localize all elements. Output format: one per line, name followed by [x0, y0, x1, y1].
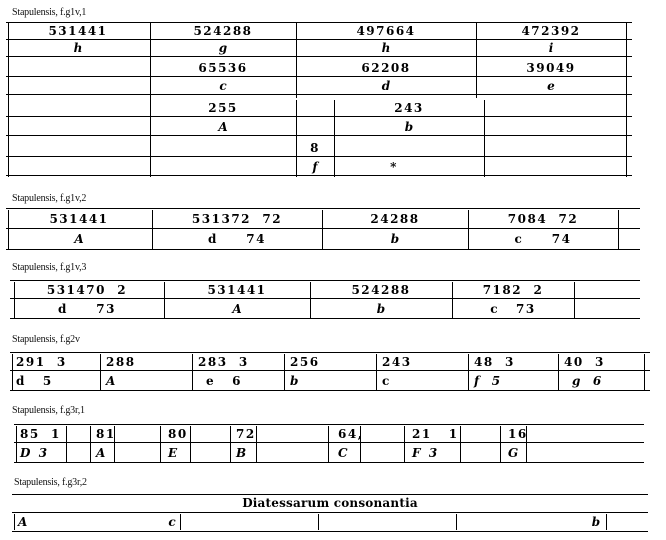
- column-rule: [456, 514, 457, 530]
- column-rule: [476, 22, 477, 98]
- caption-section-6: Stapulensis, f.g3r,2: [14, 477, 87, 488]
- table-section-4: 291 3 288 283 3 256 243 48 3 40 3 d 5 A …: [10, 352, 650, 396]
- cell: 531441: [164, 281, 310, 298]
- column-rule: [328, 426, 329, 462]
- column-rule: [100, 354, 101, 390]
- cell: 81: [90, 425, 126, 442]
- cell: 531441: [6, 209, 152, 228]
- cell: 256: [284, 353, 382, 370]
- cell: 7182 2: [452, 281, 574, 298]
- table-row: 531470 2 531441 524288 7182 2: [10, 280, 640, 299]
- cell: d 5: [10, 371, 106, 390]
- cell: h: [296, 40, 476, 56]
- table-row: Diatessarum consonantia: [12, 494, 648, 513]
- cell: 524288: [150, 23, 296, 39]
- cell: c: [376, 371, 474, 390]
- cell: 39049: [476, 60, 626, 76]
- table-row: 255 243: [6, 100, 632, 117]
- cell: f 5: [468, 371, 564, 390]
- caption-section-4: Stapulensis, f.g2v: [12, 334, 80, 345]
- cell: b: [334, 119, 484, 135]
- table-row: 65536 62208 39049: [6, 60, 632, 77]
- cell: A: [150, 119, 296, 135]
- table-section-2: 531441 531372 72 24288 7084 72 A d 74 b …: [6, 208, 640, 254]
- cell: 472392: [476, 23, 626, 39]
- cell: A: [100, 371, 198, 390]
- table-row: h g h i: [6, 40, 632, 57]
- column-rule: [14, 282, 15, 318]
- cell: 243: [376, 353, 474, 370]
- column-rule: [296, 22, 297, 98]
- table-row: c d e: [6, 78, 632, 95]
- column-rule: [574, 282, 575, 318]
- column-rule: [90, 426, 91, 462]
- table-row: 531441 524288 497664 472392: [6, 22, 632, 40]
- cell: 40 3: [558, 353, 656, 370]
- cell: A: [164, 299, 310, 318]
- cell: c: [150, 78, 296, 94]
- column-rule: [318, 514, 319, 530]
- table-row: f *: [6, 159, 632, 176]
- cell: d 74: [152, 229, 322, 249]
- column-rule: [164, 282, 165, 318]
- cell: d: [296, 78, 476, 94]
- cell: f: [296, 159, 334, 175]
- column-rule: [452, 282, 453, 318]
- column-rule: [334, 100, 335, 177]
- cell: 531372 72: [152, 209, 322, 228]
- cell: h: [6, 40, 150, 56]
- table-section-3: 531470 2 531441 524288 7182 2 d 73 A b c…: [10, 280, 640, 324]
- table-row: d 73 A b c 73: [10, 299, 640, 319]
- column-rule: [160, 426, 161, 462]
- column-rule: [114, 426, 115, 462]
- cell: A: [12, 513, 58, 531]
- cell: c: [162, 513, 182, 531]
- cell: A: [90, 443, 126, 462]
- cell: 531441: [6, 23, 150, 39]
- column-rule: [150, 22, 151, 177]
- column-rule: [526, 426, 527, 462]
- column-rule: [404, 426, 405, 462]
- table-row: 8: [6, 140, 632, 157]
- cell: 288: [100, 353, 198, 370]
- column-rule: [322, 210, 323, 250]
- column-rule: [66, 426, 67, 462]
- column-rule: [468, 354, 469, 390]
- column-rule: [360, 426, 361, 462]
- cell: 21 1: [406, 425, 472, 442]
- column-rule: [460, 426, 461, 462]
- caption-section-1: Stapulensis, f.g1v,1: [12, 7, 86, 18]
- cell: 16: [502, 425, 538, 442]
- caption-section-3: Stapulensis, f.g1v,3: [12, 262, 86, 273]
- table-row: A c b: [12, 512, 648, 532]
- cell: B: [230, 443, 266, 462]
- cell: D 3: [14, 443, 80, 462]
- column-rule: [310, 282, 311, 318]
- column-rule: [190, 426, 191, 462]
- cell: 64,: [332, 425, 372, 442]
- column-rule: [230, 426, 231, 462]
- table-section-5: 85 1 81 80 72 64, 21 1 16 D 3 A E B C F …: [14, 424, 644, 468]
- cell: 524288: [310, 281, 452, 298]
- table-row: d 5 A e 6 b c f 5 g 6: [10, 371, 650, 391]
- cell: b: [284, 371, 382, 390]
- cell: c 74: [468, 229, 618, 249]
- table-title: Diatessarum consonantia: [12, 496, 648, 510]
- column-rule: [558, 354, 559, 390]
- cell: 72: [230, 425, 266, 442]
- cell: G: [502, 443, 538, 462]
- table-section-6: Diatessarum consonantia A c b: [12, 494, 648, 538]
- cell: g 6: [566, 371, 656, 390]
- cell: 243: [334, 100, 484, 116]
- cell: b: [310, 299, 452, 318]
- table-row: 291 3 288 283 3 256 243 48 3 40 3: [10, 352, 650, 371]
- cell: 283 3: [192, 353, 290, 370]
- cell: 62208: [296, 60, 476, 76]
- column-rule: [618, 210, 619, 250]
- column-rule: [8, 210, 9, 250]
- column-rule: [484, 100, 485, 177]
- cell: g: [150, 40, 296, 56]
- column-rule: [296, 100, 297, 177]
- cell: e: [476, 78, 626, 94]
- cell: *: [334, 159, 454, 175]
- cell: F 3: [406, 443, 472, 462]
- cell: 85 1: [14, 425, 80, 442]
- cell: 255: [150, 100, 296, 116]
- column-rule: [152, 210, 153, 250]
- cell: 497664: [296, 23, 476, 39]
- table-section-1: 531441 524288 497664 472392 h g h i 6553…: [6, 18, 632, 183]
- cell: d 73: [10, 299, 164, 318]
- column-rule: [256, 426, 257, 462]
- column-rule: [12, 354, 13, 390]
- cell: b: [586, 513, 606, 531]
- column-rule: [606, 514, 607, 530]
- column-rule: [468, 210, 469, 250]
- cell: C: [332, 443, 372, 462]
- cell: 65536: [150, 60, 296, 76]
- cell: E: [162, 443, 198, 462]
- column-rule: [8, 22, 9, 177]
- column-rule: [192, 354, 193, 390]
- column-rule: [180, 514, 181, 530]
- column-rule: [284, 354, 285, 390]
- cell: e 6: [200, 371, 290, 390]
- cell: 531470 2: [10, 281, 164, 298]
- cell: c 73: [452, 299, 574, 318]
- column-rule: [644, 354, 645, 390]
- cell: 48 3: [468, 353, 564, 370]
- cell: b: [322, 229, 468, 249]
- caption-section-5: Stapulensis, f.g3r,1: [12, 405, 85, 416]
- cell: i: [476, 40, 626, 56]
- table-row: A b: [6, 119, 632, 136]
- cell: A: [6, 229, 152, 249]
- cell: 291 3: [10, 353, 106, 370]
- cell: 7084 72: [468, 209, 618, 228]
- cell: 8: [296, 140, 334, 156]
- column-rule: [376, 354, 377, 390]
- cell: 80: [162, 425, 198, 442]
- cell: 24288: [322, 209, 468, 228]
- column-rule: [500, 426, 501, 462]
- column-rule: [626, 22, 627, 177]
- column-rule: [14, 514, 15, 530]
- column-rule: [16, 426, 17, 462]
- caption-section-2: Stapulensis, f.g1v,2: [12, 193, 86, 204]
